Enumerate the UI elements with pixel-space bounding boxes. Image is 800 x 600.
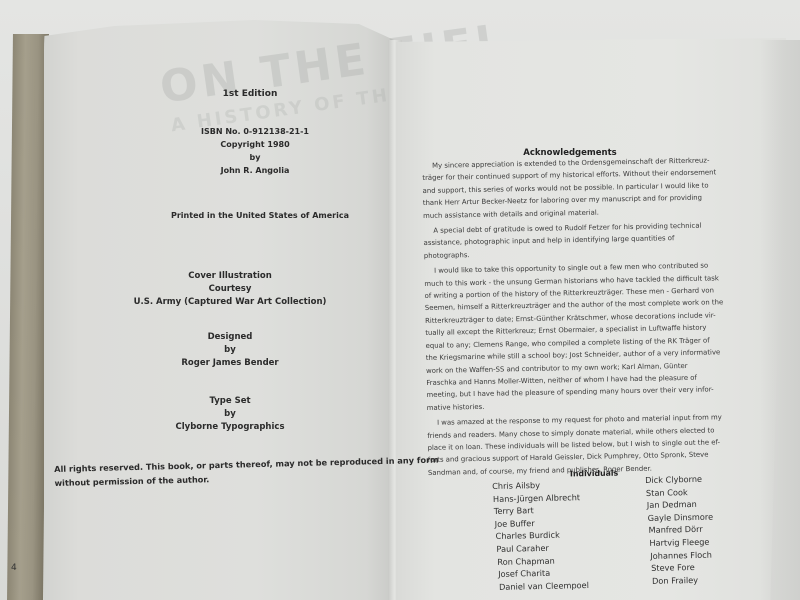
design-credit-block: Designed by Roger James Bender xyxy=(130,331,330,370)
cover-source: U.S. Army (Captured War Art Collection) xyxy=(100,296,360,309)
copyright-year: Copyright 1980 xyxy=(170,138,340,151)
open-book-photo: ON THE FIEL A HISTORY OF TH 1st Edition … xyxy=(0,0,800,600)
typesetter-name: Clyborne Typographics xyxy=(130,421,330,434)
designer-name: Roger James Bender xyxy=(130,357,330,370)
list-item: Hartvig Fleege xyxy=(646,536,713,550)
individuals-heading: Individuals xyxy=(570,469,618,479)
typeset-credit-block: Type Set by Clyborne Typographics xyxy=(130,395,330,434)
typeset-label: Type Set xyxy=(130,395,330,408)
paragraph: A special debt of gratitude is owed to R… xyxy=(423,219,760,263)
courtesy-label: Courtesy xyxy=(100,283,360,296)
individuals-list-column-2: Dick ClyborneStan CookJan DedmanGayle Di… xyxy=(645,473,715,588)
isbn-number: ISBN No. 0-912138-21-1 xyxy=(170,125,340,138)
list-item: Hans-Jürgen Albrecht xyxy=(492,491,587,506)
paragraph: I would like to take this opportunity to… xyxy=(424,259,763,414)
by-label: by xyxy=(130,344,330,357)
designed-label: Designed xyxy=(130,331,330,344)
paragraph: My sincere appreciation is extended to t… xyxy=(422,154,759,222)
list-item: Johannes Floch xyxy=(647,548,714,562)
printed-in-notice: Printed in the United States of America xyxy=(150,209,370,222)
cover-credit-block: Cover Illustration Courtesy U.S. Army (C… xyxy=(100,270,360,309)
by-label: by xyxy=(170,151,340,164)
individuals-list-column-1: Chris AilsbyHans-Jürgen AlbrechtTerry Ba… xyxy=(492,478,589,593)
rights-notice: All rights reserved. This book, or parts… xyxy=(54,454,395,490)
list-item: Gayle Dinsmore xyxy=(646,510,713,524)
author-name: John R. Angolia xyxy=(170,164,340,177)
cover-illustration-label: Cover Illustration xyxy=(100,270,360,283)
acknowledgements-body: My sincere appreciation is extended to t… xyxy=(422,154,764,483)
edition-label: 1st Edition xyxy=(170,88,330,101)
page-number: 4 xyxy=(11,563,17,573)
isbn-block: ISBN No. 0-912138-21-1 Copyright 1980 by… xyxy=(170,125,340,177)
list-item: Daniel van Cleempoel xyxy=(494,579,589,594)
by-label: by xyxy=(130,408,330,421)
list-item: Don Frailey xyxy=(647,573,714,587)
